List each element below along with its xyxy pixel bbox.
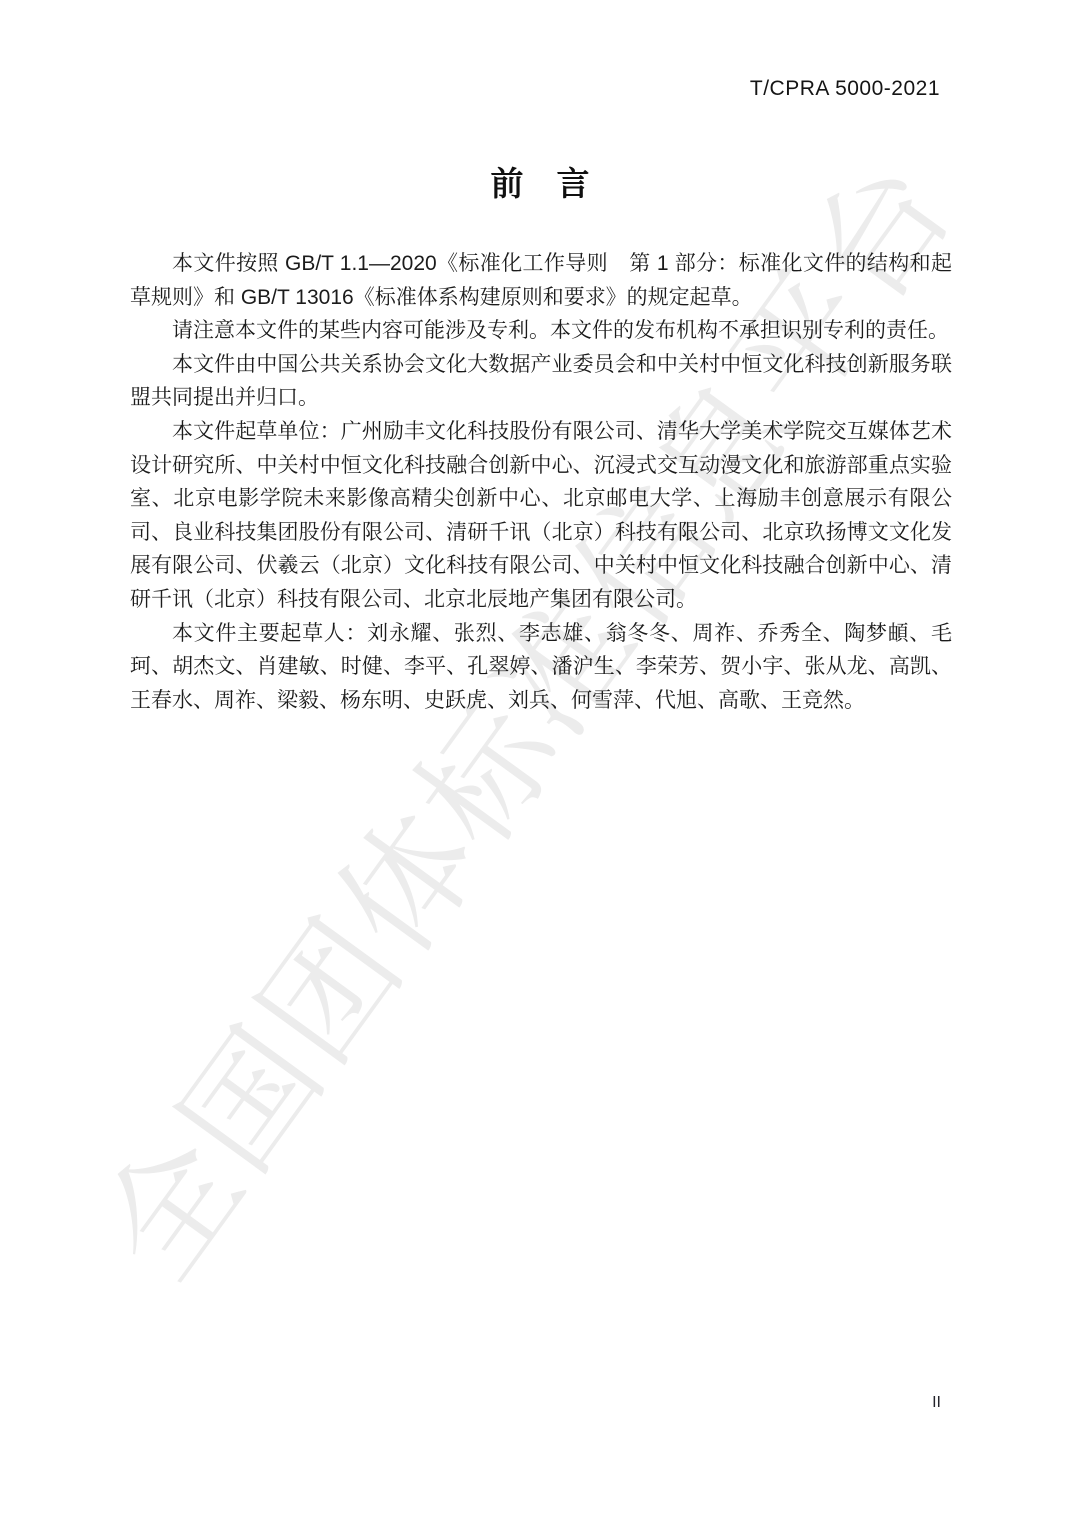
paragraph-drafting-organizations: 本文件起草单位：广州励丰文化科技股份有限公司、清华大学美术学院交互媒体艺术设计研…: [130, 415, 952, 617]
document-page: 全国团体标准信息平台 T/CPRA 5000-2021 前 言 本文件按照 GB…: [0, 0, 1080, 1528]
page-number: II: [932, 1394, 941, 1412]
paragraph-drafting-basis: 本文件按照 GB/T 1.1—2020《标准化工作导则 第 1 部分：标准化文件…: [130, 247, 952, 314]
paragraph-patent-notice: 请注意本文件的某些内容可能涉及专利。本文件的发布机构不承担识别专利的责任。: [130, 314, 952, 348]
page-title: 前 言: [0, 158, 1080, 205]
standard-code: T/CPRA 5000-2021: [750, 77, 940, 101]
paragraph-main-drafters: 本文件主要起草人：刘永耀、张烈、李志雄、翁冬冬、周祚、乔秀全、陶梦頔、毛珂、胡杰…: [130, 617, 952, 718]
foreword-body: 本文件按照 GB/T 1.1—2020《标准化工作导则 第 1 部分：标准化文件…: [130, 247, 952, 717]
paragraph-proposing-bodies: 本文件由中国公共关系协会文化大数据产业委员会和中关村中恒文化科技创新服务联盟共同…: [130, 348, 952, 415]
